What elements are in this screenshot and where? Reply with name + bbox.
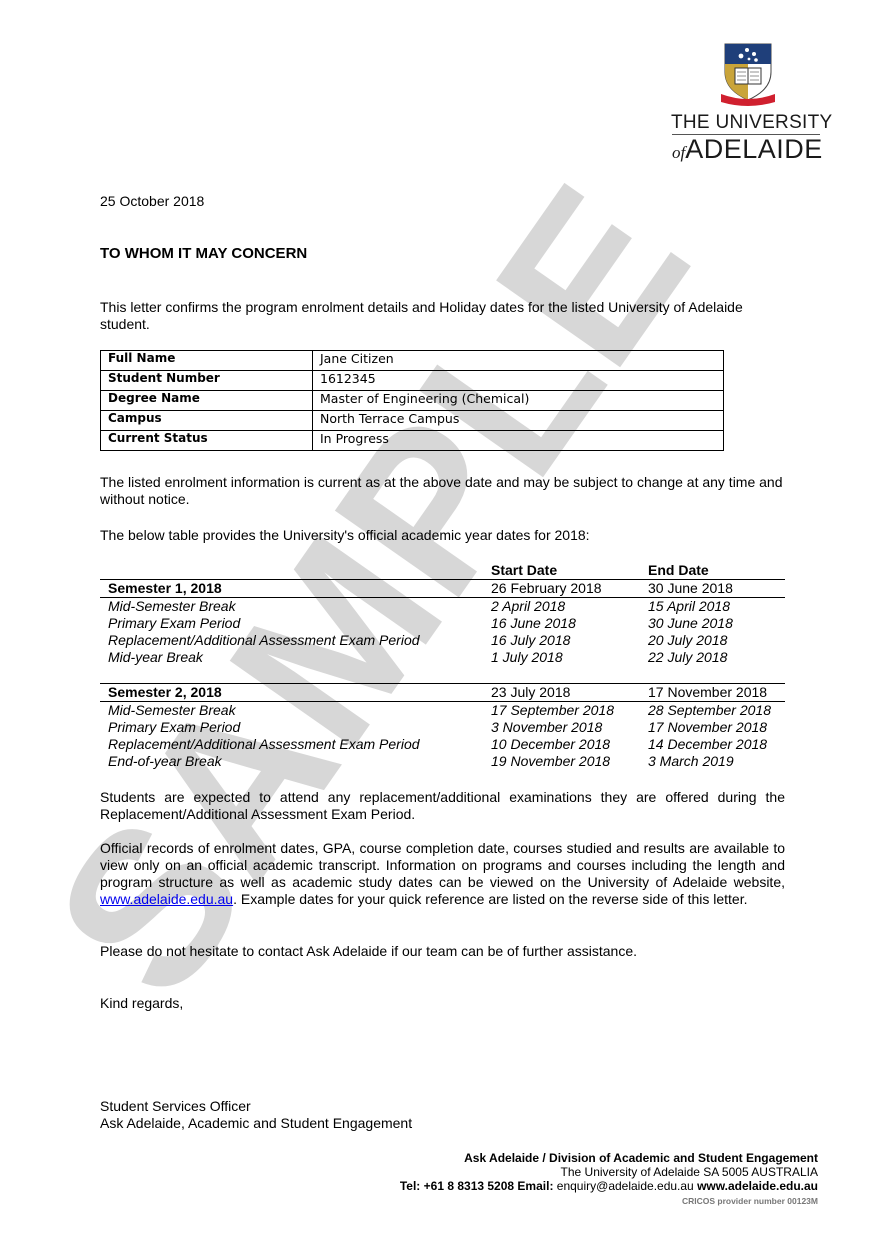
details-value: Jane Citizen: [313, 351, 724, 371]
period-label: Mid-Semester Break: [100, 702, 484, 720]
letter-page: SAMPLE THE UNI: [0, 0, 884, 1250]
period-end: 15 April 2018: [648, 598, 785, 616]
details-row: Current StatusIn Progress: [101, 431, 724, 451]
period-row: Replacement/Additional Assessment Exam P…: [100, 632, 785, 649]
footer-division: Ask Adelaide / Division of Academic and …: [400, 1151, 818, 1165]
period-start: 19 November 2018: [484, 753, 648, 770]
blank-header: [100, 562, 484, 580]
period-start: 16 July 2018: [484, 632, 648, 649]
details-row: Student Number1612345: [101, 371, 724, 391]
period-end: 20 July 2018: [648, 632, 785, 649]
period-label: Primary Exam Period: [100, 615, 484, 632]
letter-date: 25 October 2018: [100, 193, 204, 209]
details-row: Full NameJane Citizen: [101, 351, 724, 371]
period-start: 1 July 2018: [484, 649, 648, 666]
period-label: Primary Exam Period: [100, 719, 484, 736]
signer-title: Student Services Officer: [100, 1098, 785, 1115]
currency-notice: The listed enrolment information is curr…: [100, 474, 785, 508]
logo-wordmark-line2: ofADELAIDE: [672, 134, 823, 165]
cricos-number: CRICOS provider number 00123M: [400, 1194, 818, 1208]
period-start: 10 December 2018: [484, 736, 648, 753]
period-end: 30 June 2018: [648, 615, 785, 632]
letter-heading: TO WHOM IT MAY CONCERN: [100, 245, 307, 262]
semester-start: 26 February 2018: [484, 580, 648, 598]
period-label: End-of-year Break: [100, 753, 484, 770]
semester-end: 17 November 2018: [648, 684, 785, 702]
intro-paragraph: This letter confirms the program enrolme…: [100, 299, 785, 333]
period-row: Primary Exam Period3 November 201817 Nov…: [100, 719, 785, 736]
period-label: Mid-year Break: [100, 649, 484, 666]
footer-website[interactable]: www.adelaide.edu.au: [697, 1179, 818, 1193]
period-row: Mid-year Break1 July 201822 July 2018: [100, 649, 785, 666]
university-logo: THE UNIVERSITY ofADELAIDE: [668, 40, 824, 162]
end-date-header: End Date: [648, 562, 785, 580]
footer-address: The University of Adelaide SA 5005 AUSTR…: [400, 1165, 818, 1179]
period-start: 16 June 2018: [484, 615, 648, 632]
period-label: Replacement/Additional Assessment Exam P…: [100, 736, 484, 753]
semester-row: Semester 2, 201823 July 201817 November …: [100, 684, 785, 702]
period-row: End-of-year Break19 November 20183 March…: [100, 753, 785, 770]
period-label: Replacement/Additional Assessment Exam P…: [100, 632, 484, 649]
details-label: Full Name: [101, 351, 313, 371]
details-row: Degree NameMaster of Engineering (Chemic…: [101, 391, 724, 411]
period-label: Mid-Semester Break: [100, 598, 484, 616]
details-value: 1612345: [313, 371, 724, 391]
period-end: 22 July 2018: [648, 649, 785, 666]
semester-name: Semester 2, 2018: [100, 684, 484, 702]
period-end: 14 December 2018: [648, 736, 785, 753]
letter-footer: Ask Adelaide / Division of Academic and …: [400, 1151, 818, 1208]
details-label: Current Status: [101, 431, 313, 451]
period-start: 2 April 2018: [484, 598, 648, 616]
period-start: 3 November 2018: [484, 719, 648, 736]
contact-paragraph: Please do not hesitate to contact Ask Ad…: [100, 943, 785, 960]
footer-contact: Tel: +61 8 8313 5208 Email: enquiry@adel…: [400, 1179, 818, 1193]
semester-start: 23 July 2018: [484, 684, 648, 702]
details-label: Campus: [101, 411, 313, 431]
footer-email[interactable]: enquiry@adelaide.edu.au: [557, 1179, 694, 1193]
period-row: Replacement/Additional Assessment Exam P…: [100, 736, 785, 753]
closing-salutation: Kind regards,: [100, 995, 785, 1012]
academic-dates-table: Start DateEnd DateSemester 1, 201826 Feb…: [100, 562, 785, 770]
logo-wordmark-line1: THE UNIVERSITY: [671, 112, 833, 134]
period-start: 17 September 2018: [484, 702, 648, 720]
semester-name: Semester 1, 2018: [100, 580, 484, 598]
student-details-table: Full NameJane CitizenStudent Number16123…: [100, 350, 724, 451]
official-records-paragraph: Official records of enrolment dates, GPA…: [100, 840, 785, 908]
details-label: Student Number: [101, 371, 313, 391]
semester-end: 30 June 2018: [648, 580, 785, 598]
signer-unit: Ask Adelaide, Academic and Student Engag…: [100, 1115, 785, 1132]
period-end: 3 March 2019: [648, 753, 785, 770]
period-end: 17 November 2018: [648, 719, 785, 736]
exam-attendance-paragraph: Students are expected to attend any repl…: [100, 789, 785, 823]
dates-intro: The below table provides the University'…: [100, 527, 785, 544]
details-row: CampusNorth Terrace Campus: [101, 411, 724, 431]
dates-header-row: Start DateEnd Date: [100, 562, 785, 580]
details-value: North Terrace Campus: [313, 411, 724, 431]
university-website-link[interactable]: www.adelaide.edu.au: [100, 891, 233, 907]
spacer-row: [100, 666, 785, 684]
signature-block: Student Services Officer Ask Adelaide, A…: [100, 1098, 785, 1132]
details-label: Degree Name: [101, 391, 313, 411]
details-value: In Progress: [313, 431, 724, 451]
start-date-header: Start Date: [484, 562, 648, 580]
details-value: Master of Engineering (Chemical): [313, 391, 724, 411]
period-row: Mid-Semester Break17 September 201828 Se…: [100, 702, 785, 720]
period-end: 28 September 2018: [648, 702, 785, 720]
crest-icon: [719, 42, 777, 108]
period-row: Mid-Semester Break2 April 201815 April 2…: [100, 598, 785, 616]
semester-row: Semester 1, 201826 February 201830 June …: [100, 580, 785, 598]
period-row: Primary Exam Period16 June 201830 June 2…: [100, 615, 785, 632]
